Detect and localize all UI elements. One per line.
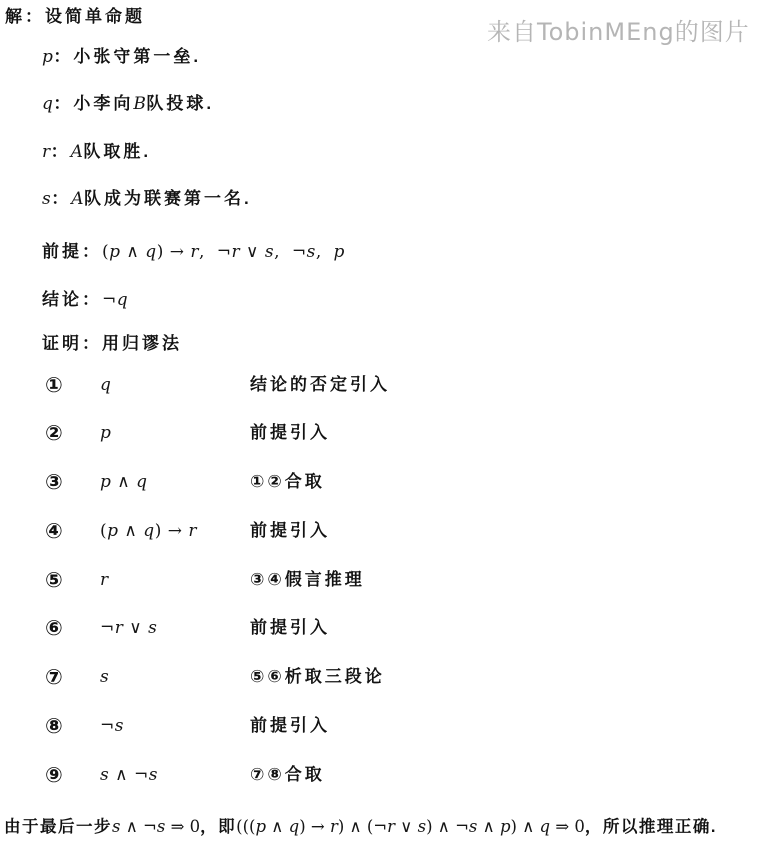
- def-text-2: 队取胜.: [83, 142, 151, 161]
- footer-text: ，即: [200, 818, 236, 836]
- proof-step-3: ③p ∧ q①②合取: [45, 471, 325, 494]
- def-var: p: [42, 47, 53, 67]
- step-reason: ⑦⑧合取: [250, 765, 325, 784]
- def-math: A: [71, 189, 84, 209]
- def-text-2: 队投球.: [146, 94, 214, 113]
- step-number: ①: [45, 374, 100, 396]
- step-formula: p ∧ q: [100, 471, 250, 493]
- step-reason: 前提引入: [250, 521, 330, 540]
- premise-label: 前提：: [42, 242, 102, 261]
- proof-method-line: 证明：用归谬法: [42, 333, 182, 356]
- footer-text: 由于最后一步: [4, 818, 112, 836]
- step-formula: (p ∧ q) → r: [100, 520, 250, 542]
- step-formula: s: [100, 666, 250, 688]
- step-formula: s ∧ ¬s: [100, 764, 250, 786]
- proof-step-2: ②p前提引入: [45, 422, 330, 445]
- footer-formula: s ∧ ¬s ⇒ 0: [112, 817, 200, 836]
- step-reason: ③④假言推理: [250, 570, 365, 589]
- conclusion-label: 结论：: [42, 290, 102, 309]
- footer-formula: (((p ∧ q) → r) ∧ (¬r ∨ s) ∧ ¬s ∧ p) ∧ q …: [236, 817, 585, 836]
- def-text: ：小张守第一垒.: [53, 47, 201, 66]
- step-number: ⑤: [45, 569, 100, 591]
- def-math: B: [133, 94, 146, 114]
- proof-step-9: ⑨s ∧ ¬s⑦⑧合取: [45, 764, 325, 787]
- definition-q: q：小李向B队投球.: [42, 93, 214, 116]
- def-var: s: [42, 189, 51, 209]
- step-number: ⑦: [45, 666, 100, 688]
- solution-title: 解：设简单命题: [5, 6, 145, 28]
- step-formula: p: [100, 422, 250, 444]
- proof-method: 用归谬法: [102, 334, 182, 353]
- footer-conclusion: 由于最后一步s ∧ ¬s ⇒ 0，即(((p ∧ q) → r) ∧ (¬r ∨…: [4, 816, 717, 839]
- proof-step-5: ⑤r③④假言推理: [45, 569, 365, 592]
- step-reason: 结论的否定引入: [250, 375, 390, 394]
- step-reason: 前提引入: [250, 423, 330, 442]
- proof-step-4: ④(p ∧ q) → r前提引入: [45, 520, 330, 543]
- def-text: ：: [51, 142, 71, 161]
- def-math: A: [71, 142, 84, 162]
- step-reason: ①②合取: [250, 472, 325, 491]
- proof-label: 证明：: [42, 334, 102, 353]
- def-var: q: [42, 94, 53, 114]
- conclusion-formula: ¬q: [102, 290, 128, 310]
- step-number: ②: [45, 422, 100, 444]
- conclusion-line: 结论：¬q: [42, 289, 128, 312]
- step-formula: ¬s: [100, 715, 250, 737]
- step-number: ⑧: [45, 715, 100, 737]
- proof-step-8: ⑧¬s前提引入: [45, 715, 330, 738]
- step-reason: 前提引入: [250, 716, 330, 735]
- step-number: ④: [45, 520, 100, 542]
- proof-step-1: ①q结论的否定引入: [45, 374, 390, 397]
- document-page: 来自TobinMEng的图片 解：设简单命题 p：小张守第一垒. q：小李向B队…: [0, 0, 773, 856]
- step-number: ⑨: [45, 764, 100, 786]
- definition-s: s：A队成为联赛第一名.: [42, 188, 252, 211]
- def-text-2: 队成为联赛第一名.: [84, 189, 252, 208]
- step-formula: ¬r ∨ s: [100, 617, 250, 639]
- step-formula: r: [100, 569, 250, 591]
- step-reason: 前提引入: [250, 618, 330, 637]
- step-reason: ⑤⑥析取三段论: [250, 667, 385, 686]
- premise-line: 前提：(p ∧ q) → r, ¬r ∨ s, ¬s, p: [42, 241, 345, 264]
- proof-step-7: ⑦s⑤⑥析取三段论: [45, 666, 385, 689]
- def-text: ：: [51, 189, 71, 208]
- step-number: ⑥: [45, 617, 100, 639]
- proof-step-6: ⑥¬r ∨ s前提引入: [45, 617, 330, 640]
- def-text: ：小李向: [53, 94, 133, 113]
- watermark: 来自TobinMEng的图片: [487, 21, 750, 43]
- premise-formula: (p ∧ q) → r, ¬r ∨ s, ¬s, p: [102, 242, 345, 262]
- step-formula: q: [100, 374, 250, 396]
- definition-p: p：小张守第一垒.: [42, 46, 201, 69]
- definition-r: r：A队取胜.: [42, 141, 151, 164]
- def-var: r: [42, 142, 51, 162]
- footer-text: ，所以推理正确.: [585, 818, 717, 836]
- step-number: ③: [45, 471, 100, 493]
